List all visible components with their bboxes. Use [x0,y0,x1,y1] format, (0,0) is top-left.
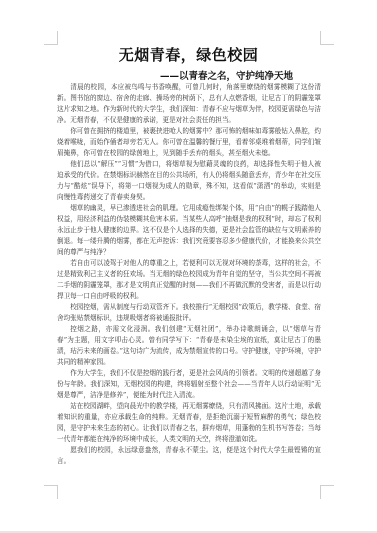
document-subtitle: ——以青春之名，守护纯净天地 [160,68,293,82]
document-page: 无烟青春，绿色校园 ——以青春之名，守护纯净天地 清晨的校园，本应被鸟鸣与书香唤… [0,0,377,531]
corner-mark-bottom-left [44,485,58,499]
paragraph: 你可曾在拥挤的楼道里，被裹挟进呛人的烟雾中？那可怖的烟味如毒雾般钻入鼻腔，灼烧着… [57,126,321,159]
paragraph: 若自由可以凌驾于对他人的尊重之上，若便利可以无视对环境的荼毒，这样的社会，不过是… [57,258,321,302]
document-body[interactable]: 清晨的校园，本应被鸟鸣与书香唤醒，可曾几何时，角落里缭绕的烟雾模糊了这份清新。图… [57,82,321,467]
paragraph: 站在校园湖畔，望向晨光中的教学楼，再无烟雾缭绕，只有清风拂面。这片土地，承载着知… [57,401,321,445]
paragraph: 作为大学生，我们不仅是控烟的践行者，更是社会风尚的引领者。文明的传递超越了身份与… [57,368,321,401]
corner-mark-top-right [320,31,334,45]
document-title: 无烟青春，绿色校园 [0,44,377,65]
paragraph: 烟草的幽灵，早已渗透进社会的肌理。它用成瘾性绑架个体，用“自由”的幌子践踏他人权… [57,203,321,258]
corner-mark-top-left [44,31,58,45]
paragraph: 他们总以“解压”“习惯”为借口，将烟草视为慰藉灵魂的良药，却选择性失明于他人被迫… [57,159,321,203]
corner-mark-bottom-right [320,485,334,499]
paragraph: 校园控烟，需从制度与行动双管齐下。我校推行“无烟校园”政策后，教学楼、食堂、宿舍… [57,302,321,324]
paragraph: 清晨的校园，本应被鸟鸣与书香唤醒，可曾几何时，角落里缭绕的烟雾模糊了这份清新。图… [57,82,321,126]
paragraph: 愿我们的校园，永远绿意盎然，青春永不蒙尘。这，便是这个时代大学生最铿锵的宣言。 [57,445,321,467]
paragraph: 控烟之路，亦需文化浸润。我们创建“无烟社团”，举办诗歌朗诵会，以“烟草与青春”为… [57,324,321,368]
